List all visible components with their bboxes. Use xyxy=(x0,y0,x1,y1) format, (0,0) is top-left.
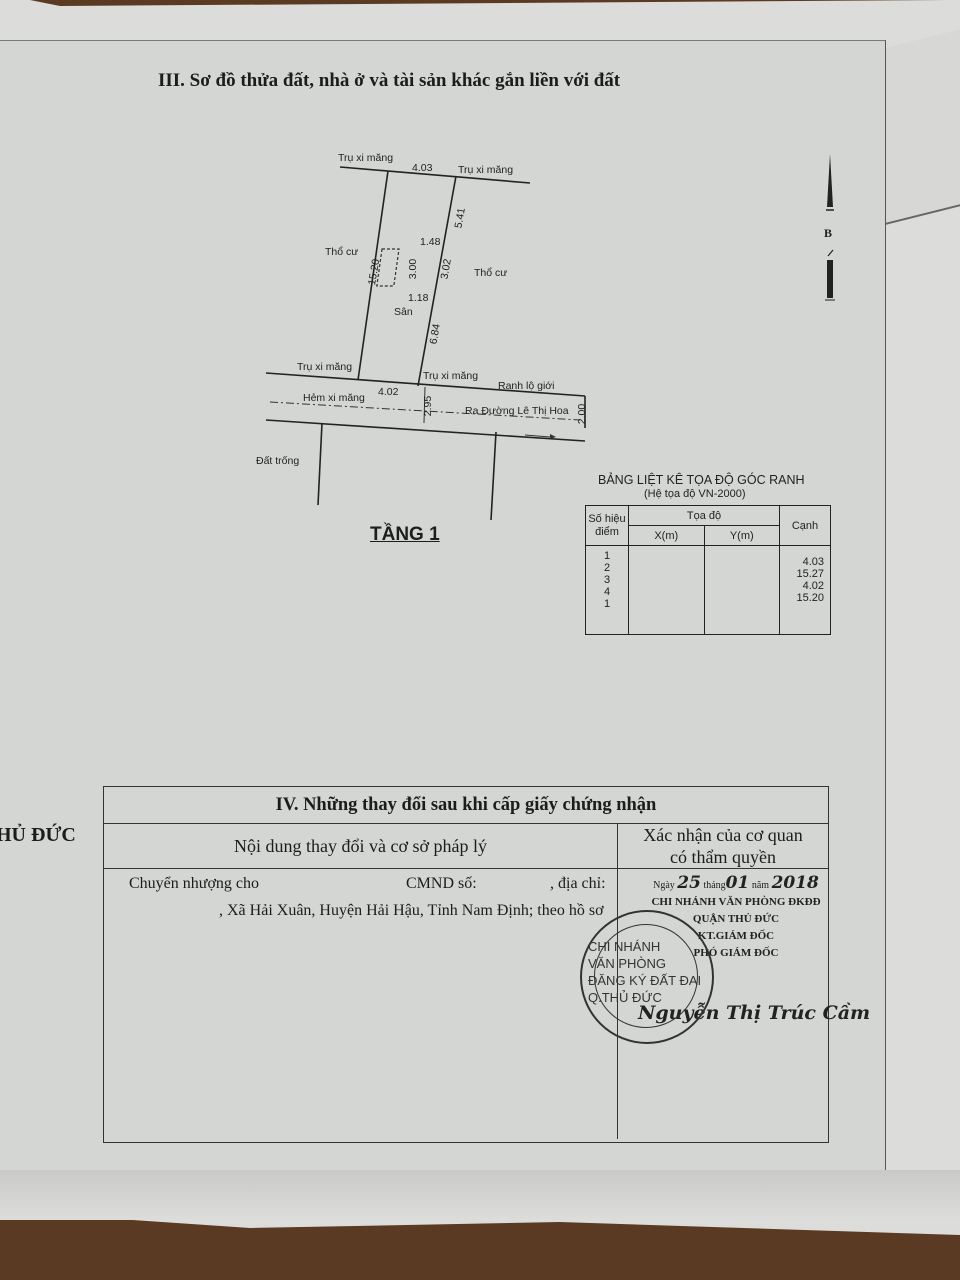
y-values xyxy=(704,546,780,635)
label-post-bottom-left: Trụ xi măng xyxy=(297,361,352,373)
col-coord: Tọa độ xyxy=(629,506,780,526)
point-list: 12341 xyxy=(586,546,629,635)
changes-title: IV. Những thay đổi sau khi cấp giấy chứn… xyxy=(104,787,828,824)
label-road: Ra Đường Lê Thị Hoa xyxy=(465,405,569,417)
col-y: Y(m) xyxy=(704,526,780,546)
label-alley-width: 2.95 xyxy=(422,396,434,416)
label-land-right: Thổ cư xyxy=(474,267,507,279)
label-post-top-right: Trụ xi măng xyxy=(458,164,513,176)
x-values xyxy=(629,546,705,635)
label-land-left: Thổ cư xyxy=(325,246,358,258)
coord-table: Số hiệu điểm Tọa độ Cạnh X(m) Y(m) 12341… xyxy=(585,505,831,635)
floor-label: TẦNG 1 xyxy=(370,524,440,546)
coord-table-title: BẢNG LIỆT KÊ TỌA ĐỘ GÓC RANH xyxy=(598,473,805,487)
label-boundary: Ranh lộ giới xyxy=(498,380,555,392)
confirm-date: Ngày 25 tháng01 năm 2018 xyxy=(646,875,826,894)
edge-list: 4.0315.274.0215.20 xyxy=(780,546,831,635)
label-yard: Sân xyxy=(394,306,413,318)
change-content: Chuyển nhượng cho CMND số: , địa chỉ: , … xyxy=(104,869,618,1139)
label-bottom-edge: 4.02 xyxy=(378,386,398,398)
label-vacant: Đất trống xyxy=(256,455,299,467)
label-box-left: 3.00 xyxy=(407,259,419,279)
col-edge: Cạnh xyxy=(780,506,831,546)
north-arrow-icon: B xyxy=(820,152,840,302)
label-alley: Hẻm xi măng xyxy=(303,392,365,404)
label-post-bottom-right: Trụ xi măng xyxy=(423,370,478,382)
svg-text:B: B xyxy=(824,226,832,240)
col-confirm-header: Xác nhận của cơ quan có thẩm quyền xyxy=(618,824,828,868)
col-point: Số hiệu điểm xyxy=(586,506,629,546)
label-box-top: 1.48 xyxy=(420,236,440,248)
label-road-width: 2.00 xyxy=(576,404,588,424)
label-box-bottom: 1.18 xyxy=(408,292,428,304)
changes-table: IV. Những thay đổi sau khi cấp giấy chứn… xyxy=(103,786,829,1143)
col-content-header: Nội dung thay đổi và cơ sở pháp lý xyxy=(104,824,618,868)
stamp-text: CHI NHÁNH VĂN PHÒNG ĐĂNG KÝ ĐẤT ĐAI Q.TH… xyxy=(588,938,701,1006)
coord-table-subtitle: (Hệ tọa độ VN-2000) xyxy=(644,488,746,500)
col-x: X(m) xyxy=(629,526,705,546)
label-post-top-left: Trụ xi măng xyxy=(338,152,393,164)
label-top-edge: 4.03 xyxy=(412,162,432,174)
